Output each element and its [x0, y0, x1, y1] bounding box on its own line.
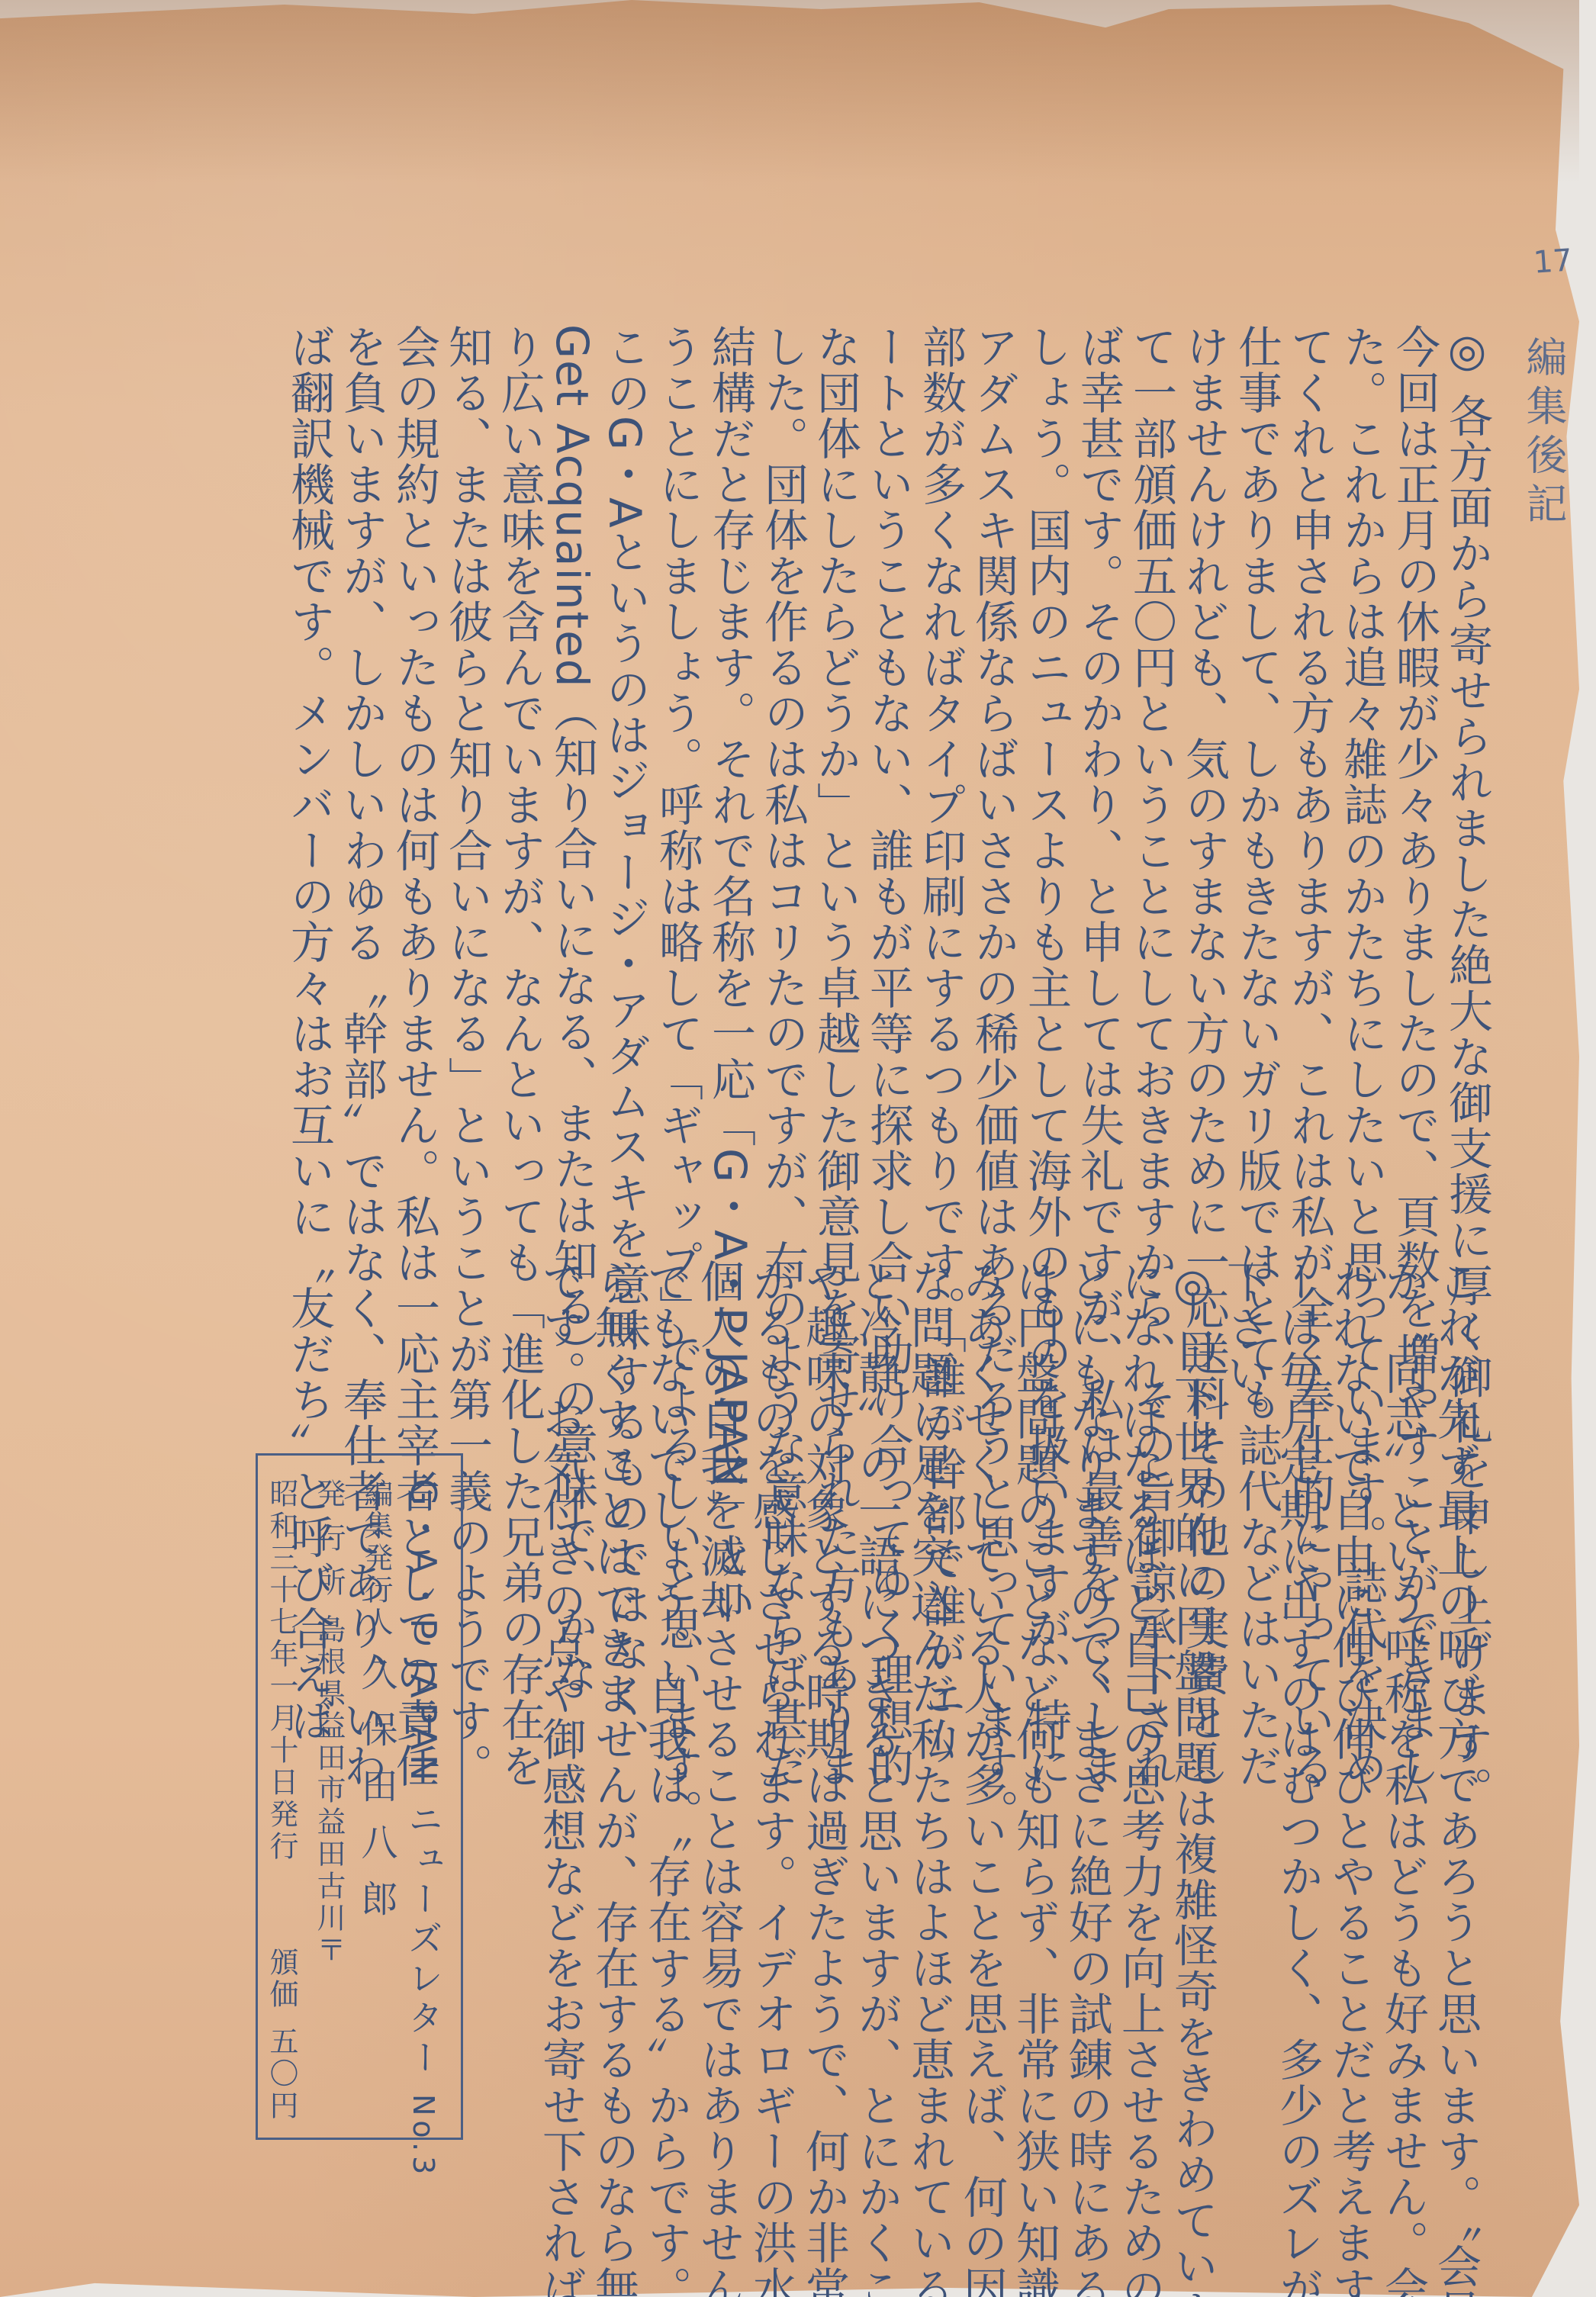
text-column: り広い意味を含んでいますが、なんといっても「進化した兄弟の存在を [493, 324, 545, 1232]
editor-label: 編集発行人 [359, 1478, 393, 1639]
text-column: われないで自由に伸び伸びとやることだと考えます。このニュースレタ [1324, 1259, 1376, 2067]
price-value: 五〇円 [265, 2026, 298, 2122]
text-column: 個人の自我を滅却させることは容易ではありませんが、たぶん不可能事 [692, 1259, 745, 2067]
text-column: けませんけれども、気のすまない方のために一応送料その他の実費とし [1177, 324, 1230, 1232]
text-column: ートということもない、誰もが平等に探求し合い助け合ってゆく理想的 [861, 324, 914, 1232]
editor-name: 久保田八郎 [355, 1654, 397, 1936]
text-column: て一部頒価五〇円ということにしておきますから、その旨御諒承下され [1125, 324, 1177, 1232]
text-column: 会の規約といったものは何もありません。私は一応主宰者としての責任 [388, 324, 440, 1232]
text-column: 下さい。 [1218, 1259, 1271, 2067]
text-column: 今回は正月の休暇が少々ありましたので、頁数を増やすことができまし [1388, 324, 1440, 1232]
text-column: 知る、または彼らと知り合いになる」ということが第一義のようです。 [440, 324, 493, 1232]
text-column: ば幸甚です。そのかわり、と申しては失礼ですが、私は最善をつくしま [1072, 324, 1125, 1232]
text-column: これが先ず最上の呼び方であろうと思います。〝会員〟とか〝誌友〟と [1429, 1259, 1482, 2067]
publication-date: 昭和三十七年一月十日発行 [265, 1478, 298, 1863]
text-column: ◎ 目下世界的に円盤問題は複雑怪奇をきわめていますが、しかし複雑 [1166, 1259, 1218, 2067]
text-column: ら無くすことはできませんが、存在するものなら無くすことができる筈 [587, 1259, 639, 2067]
text-column: か〝同志〟という呼称を私はどうも好みません。会はあまり規則にとら [1376, 1259, 1429, 2067]
text-column: や趣味の対象とする時期は過ぎたようで、何か非常に高遠な哲学とつな [797, 1259, 850, 2067]
colophon-editor: 編集発行人久保田八郎 [352, 1478, 400, 2119]
text-column: でもないでしょう。自我は〝存在する〟からです。もともと無いものな [639, 1259, 692, 2067]
text-column: です。お気付きの点や御感想などをお寄せ下されば幸甚です。 [534, 1259, 587, 2067]
text-column: は円盤問題のことなど何も知らず、非常に狭い知識と思考の範囲内での [1008, 1259, 1060, 2067]
postal-mark-icon: 〒 [312, 1935, 346, 1967]
text-column: うことにしましょう。呼称は略して「ギャップ」でよろしいと思います。 [651, 324, 703, 1232]
text-column: した。団体を作るのは私はコリたのですが、右のような意味ならば甚だ [756, 324, 809, 1232]
price-label: 頒価 [265, 1947, 298, 2011]
text-column: な問題に足を突込んだ私たちはよほど恵まれていると思います。〝冷静 [903, 1259, 955, 2067]
page-number: 17 [1532, 243, 1573, 280]
issue-number: No.3 [407, 2094, 440, 2179]
text-column: このG・Aというのはジョージ・アダムスキを意味するものではなく、 [598, 324, 651, 1232]
text-column: しょう。国内のニュースよりも主として海外のものを扱いますが、特に [1019, 324, 1072, 1232]
page-title: 編集後記 [1514, 336, 1573, 531]
colophon-title: G・A・P JAPAN ニューズレターNo.3 [400, 1478, 447, 2119]
text-column: 部数が多くなればタイプ印刷にするつもりです。「誰が幹部で誰がエリ [914, 324, 967, 1232]
colophon-box: G・A・P JAPAN ニューズレターNo.3 編集発行人久保田八郎 発 行 所… [256, 1453, 463, 2140]
newsletter-name: G・A・P JAPAN ニューズレター [403, 1478, 444, 2079]
text-column: Get Acquainted（知り合いになる、または知る）の意味で、かな [545, 324, 598, 1232]
colophon-date-price: 昭和三十七年一月十日発行頒価五〇円 [258, 1478, 305, 2119]
text-column: を負いますが、しかしいわゆる〝幹部〟ではなく、奉仕者であり、いわ [335, 324, 388, 1232]
text-column: な団体にしたらどうか」という卓越した御意見を寄せられた方もありま [809, 324, 861, 1232]
colophon-publisher: 発 行 所島根県益田市益田古川〒 [305, 1478, 352, 2119]
text-column: 仕事でありまして、しかもきたないガリ版ではとても誌代などはいただ [1230, 324, 1282, 1232]
publisher-label: 発 行 所 [312, 1478, 346, 1599]
text-column: ば翻訳機械です。メンバーの方々はお互いに〝友だち〟と呼び合えば [282, 324, 335, 1232]
text-column: た。これからは追々雑誌のかたちにしたいと思っています。誌代を決め [1335, 324, 1388, 1232]
publisher-address: 島根県益田市益田古川 [312, 1614, 346, 1935]
text-column: とにもなりますので、まさに絶好の試錬の時にあると考えます。世間に [1060, 1259, 1113, 2067]
text-column: がるものを感じさせられます。イデオロギーの洪水のさなかにあって、 [745, 1259, 797, 2067]
text-column: てくれと申される方もありますが、これは私が全く奉仕的にやっている [1282, 324, 1335, 1232]
text-column: ◎ 各方面から寄せられました絶大な御支援に厚く御礼を申し上げます。 [1440, 324, 1493, 1232]
text-column: と冷静〟の一語につきると思いますが、とにかくこの問題をただの興味 [850, 1259, 903, 2067]
editorial-top-section: ◎ 各方面から寄せられました絶大な御支援に厚く御礼を申し上げます。 今回は正月の… [282, 324, 1493, 1232]
editorial-bottom-section: これが先ず最上の呼び方であろうと思います。〝会員〟とか〝誌友〟と か〝同志〟とい… [534, 1259, 1482, 2067]
text-column: アダムスキ関係ならばいささかの稀少価値はあるだろうと思っています。 [967, 324, 1019, 1232]
text-column: になればなるほど自己の思考力を向上させるための材料を提供されるこ [1113, 1259, 1166, 2067]
text-column: ーは毎月定期に出すのはむつかしく、多少のズレがありますから御諒承 [1271, 1259, 1324, 2067]
text-column: 結構だと存じます。それで名称を一応「G・A・P JAPAN」とい [703, 324, 756, 1232]
text-column: みあくせくしている人が多いことを思えば、何の因果からかこの神秘的 [955, 1259, 1008, 2067]
